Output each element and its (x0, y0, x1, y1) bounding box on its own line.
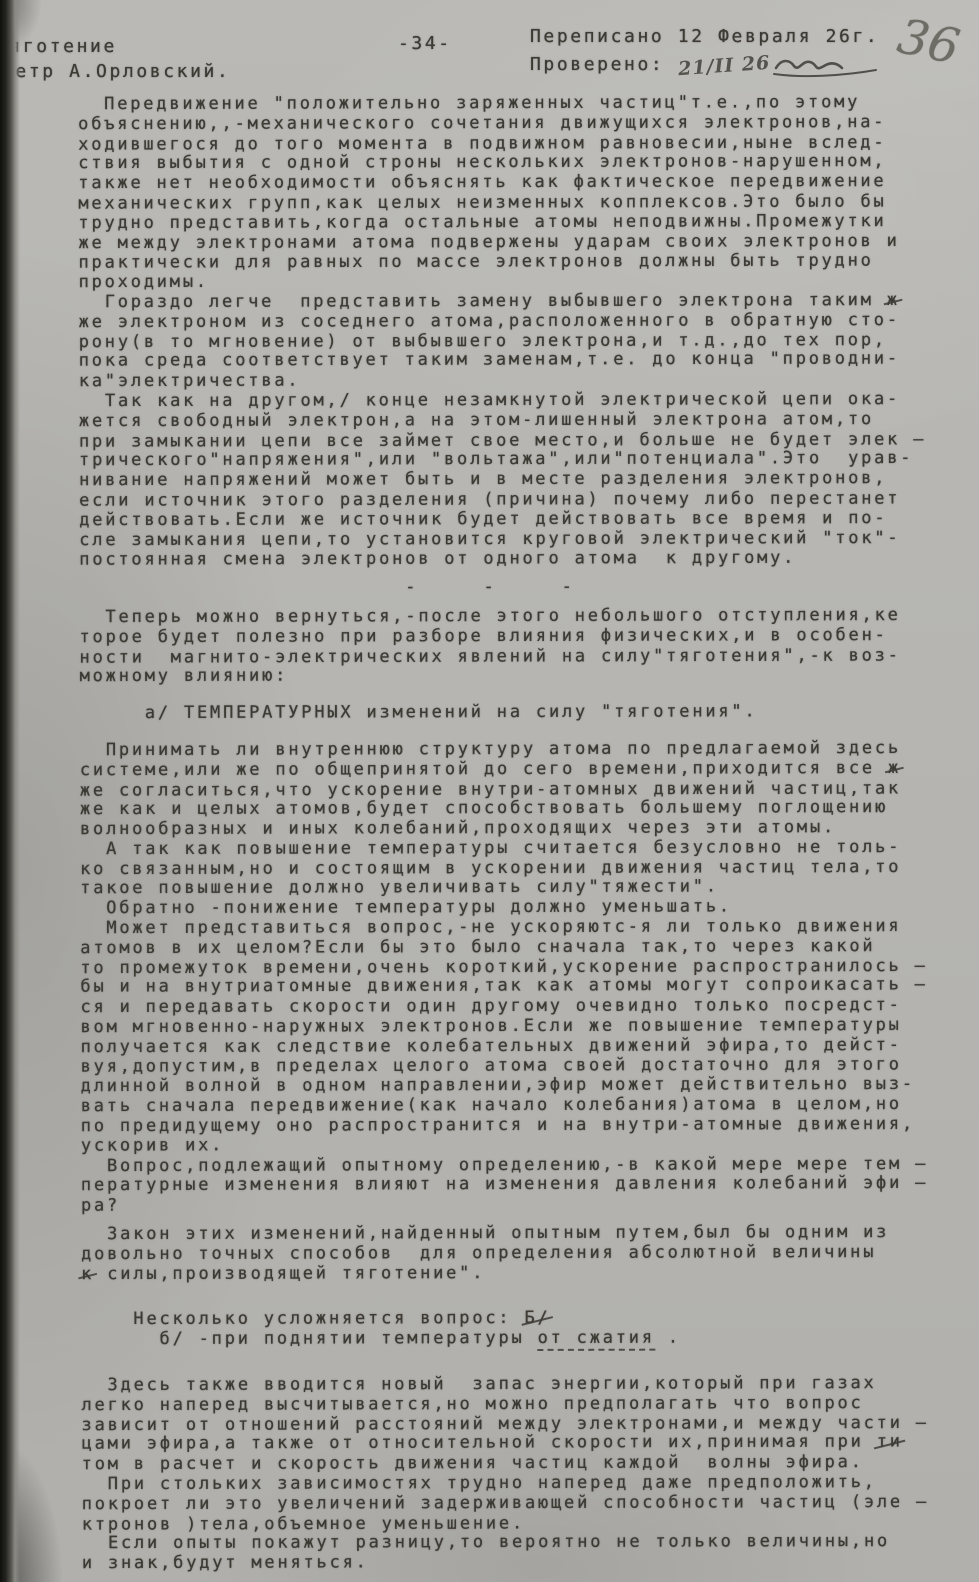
transcription-stamp: Переписано 12 Февраля 26г. Проверено: 21… (530, 24, 882, 80)
strike-text: ж (888, 759, 901, 779)
text-line: ктронов )тела,объемное уменьшение. (82, 1513, 963, 1535)
page-header: Тяготение Петр А.Орловский. -34- Перепис… (0, 0, 979, 95)
paragraph: Может представиться вопрос,-не ускоряютс… (80, 917, 962, 1157)
paragraph: Несколько усложняется вопрос: Б/ б/ -при… (81, 1308, 962, 1350)
handwritten-folio-number: 36 (893, 8, 964, 75)
text-line: ходившегося до того момента в подвижном … (78, 133, 959, 155)
paragraph: При стольких зависимостях трудно наперед… (82, 1473, 963, 1535)
paragraph: Так как на другом,/ конце незамкнутой эл… (79, 390, 960, 570)
underline-text: от сжатия (538, 1328, 655, 1351)
text-segment: Несколько усложняется вопрос: (81, 1308, 524, 1329)
text-line: цами эфира,а также от относительной скор… (82, 1433, 963, 1455)
text-line: а/ ТЕМПЕРАТУРНЫХ изменений на силу "тяго… (80, 702, 961, 724)
text-line: и знак,будут меняться. (82, 1552, 963, 1574)
text-segment: Гораздо легче представить замену выбывше… (79, 290, 887, 312)
text-line: - - - (79, 577, 960, 599)
text-line: ности магнито-электрических явлений на с… (80, 646, 961, 668)
signature-scrawl (772, 50, 882, 80)
text-line: пературные изменения влияют на изменения… (81, 1174, 962, 1196)
scanned-document-page: Тяготение Петр А.Орловский. -34- Перепис… (0, 0, 979, 1582)
text-segment: . (655, 1328, 681, 1348)
text-line: при замыкании цепи все займет свое место… (79, 430, 960, 452)
text-line: к силы,производящей тяготение". (81, 1262, 962, 1284)
checked-label: Проверено: (530, 54, 664, 75)
text-line: же согласиться,что ускорение внутри-атом… (80, 779, 961, 801)
transcribed-note: Переписано 12 Февраля 26г. (530, 24, 882, 50)
text-segment: б/ -при поднятии температуры (81, 1328, 537, 1349)
checked-date-handwritten: 21/II 26 (677, 50, 771, 82)
text-line: можному влиянию: (80, 665, 961, 687)
text-segment: системе,или же по общепринятой до сего в… (80, 758, 888, 780)
text-segment: цами эфира,а также от относительной скор… (82, 1432, 877, 1454)
paragraph: Принимать ли внутреннюю структуру атома … (80, 739, 961, 840)
paragraph: а/ ТЕМПЕРАТУРНЫХ изменений на силу "тяго… (80, 702, 961, 724)
paragraph: - - - (79, 577, 960, 599)
text-line: если источник этого разделения (причина)… (79, 489, 960, 511)
text-line: практически для равных по массе электрон… (78, 252, 959, 274)
paragraph: Передвижение "положительно заряженных ча… (78, 93, 960, 293)
text-line: б/ -при поднятии температуры от сжатия . (81, 1328, 962, 1350)
text-line: вуя,допустим,в пределах целого атома сво… (81, 1055, 962, 1077)
text-line: пока среда соответствует таким заменам,т… (79, 350, 960, 372)
paragraph: Если опыты покажут разницу,то вероятно н… (82, 1532, 963, 1574)
typed-page-number: -34- (398, 33, 452, 54)
text-line: покроет ли это увеличений задерживающей … (82, 1493, 963, 1515)
text-line: бы и на внутриатомные движения,так как а… (80, 976, 961, 998)
text-line: довольно точных способов для определения… (81, 1243, 962, 1265)
strike-text: ж (887, 291, 900, 311)
text-line: сле замыкания цепи,то установится кругов… (79, 528, 960, 550)
strike-text: ти (877, 1433, 903, 1453)
text-line: ускорив их. (81, 1134, 962, 1156)
text-segment: силы,производящей тяготение". (94, 1263, 485, 1284)
paragraph: Теперь можно вернуться,-после этого небо… (79, 606, 960, 687)
paragraph: А так как повышение температуры считаетс… (80, 838, 961, 900)
paragraph: Закон этих изменений,найденный опытным п… (81, 1223, 962, 1285)
strike-text: к (81, 1265, 94, 1285)
strike-text: Б/ (524, 1309, 550, 1329)
checked-row: Проверено: 21/II 26 (530, 50, 882, 80)
text-line: ра? (81, 1195, 962, 1217)
paragraph: Здесь также вводится новый запас энергии… (81, 1374, 962, 1475)
text-line: Если опыты покажут разницу,то вероятно н… (82, 1532, 963, 1554)
binding-edge (0, 0, 20, 1582)
paragraph: Вопрос,подлежащий опытному определению,-… (81, 1154, 962, 1216)
text-line: постоянная смена электронов от одного ат… (79, 549, 960, 571)
document-body: Передвижение "положительно заряженных ча… (78, 93, 963, 1574)
paragraph: Гораздо легче представить замену выбывше… (79, 291, 960, 392)
text-line: механических групп,как целых неизменных … (78, 192, 959, 214)
